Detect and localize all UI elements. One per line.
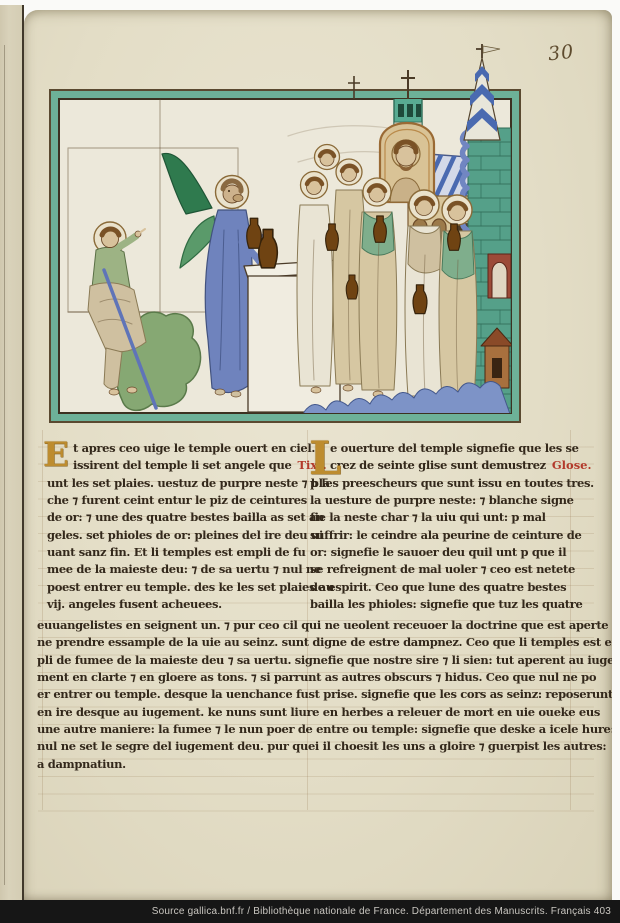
text-line: a dampnatiun. [37,756,587,773]
text-line: de espirit. Ceo que lune des quatre best… [310,579,582,596]
text-line: ment en clarte ⁊ en gloere as tons. ⁊ si… [37,669,587,686]
scan-background: 30 [0,0,620,923]
text-line: de or: ⁊ une des quatre bestes bailla as… [47,509,309,526]
text-line: mee de la maieste deu: ⁊ de sa uertu ⁊ n… [47,561,309,578]
miniature-illustration [48,40,522,434]
text-line: issirent del temple li set angele queTix… [47,457,309,474]
text-line: t apres ceo uige le temple ouert en ciel… [47,440,309,457]
text-line: geles. set phioles de or: pleines del ir… [47,527,309,544]
red-niche [488,254,511,298]
manuscript-page: 30 [24,10,612,900]
text-column-right: L e ouerture del temple signefie que les… [310,440,582,613]
text-line: poest entrer eu temple. des ke les set p… [47,579,309,596]
text-line: euuangelistes en seignent un. ⁊ pur ceo … [37,617,587,634]
text-line: che ⁊ furent ceint entur le piz de ceint… [47,492,309,509]
text-line: vij. angeles fusent acheuees. [47,596,309,613]
text-block-fullwidth: euuangelistes en seignent un. ⁊ pur ceo … [37,617,587,773]
source-footer-bar: Source gallica.bnf.fr / Bibliothèque nat… [0,900,620,923]
text-line: une autre maniere: la fumee ⁊ le nun poe… [37,721,587,738]
text-line: uant sanz fin. Et li temples est empli d… [47,544,309,561]
text-line: nul ne set le segre del iugement deu. pu… [37,738,587,755]
text-line: en ire desque au iugement. ke nuns sunt … [37,704,587,721]
text-line: or: signefie le sauoer deu quil unt p qu… [310,544,582,561]
text-line: crez de seinte glise sunt demustrezGlose… [310,457,582,474]
text-line: e ouerture del temple signefie que les s… [310,440,582,457]
previous-folio-edge [0,5,24,900]
text-line: la uesture de purpre neste: ⁊ blanche si… [310,492,582,509]
text-line: pli de fumee de la maieste deu ⁊ sa uert… [37,652,587,669]
text-line: suffrir: le ceindre ala peurine de ceint… [310,527,582,544]
text-line: er entrer ou temple. desque la uenchance… [37,686,587,703]
text-line: se refreignent de mal uoler ⁊ ceo est ne… [310,561,582,578]
text-line: fie la neste char ⁊ la uiu qui unt: p ma… [310,509,582,526]
text-line: ne prendre essample de la uie au seinz. … [37,634,587,651]
text-line: p les preescheurs que sunt issu en toute… [310,475,582,492]
illuminated-initial: L [309,438,341,478]
text-line: unt les set plaies. uestuz de purpre nes… [47,475,309,492]
rubric-marker: Glose. [546,458,592,472]
folio-number: 30 [547,41,575,66]
source-attribution: Source gallica.bnf.fr / Bibliothèque nat… [152,906,611,917]
folio-edge-line [4,45,5,885]
text-column-left: E t apres ceo uige le temple ouert en ci… [47,440,309,613]
illuminated-initial: E [43,439,69,471]
text-line: bailla les phioles: signefie que tuz les… [310,596,582,613]
